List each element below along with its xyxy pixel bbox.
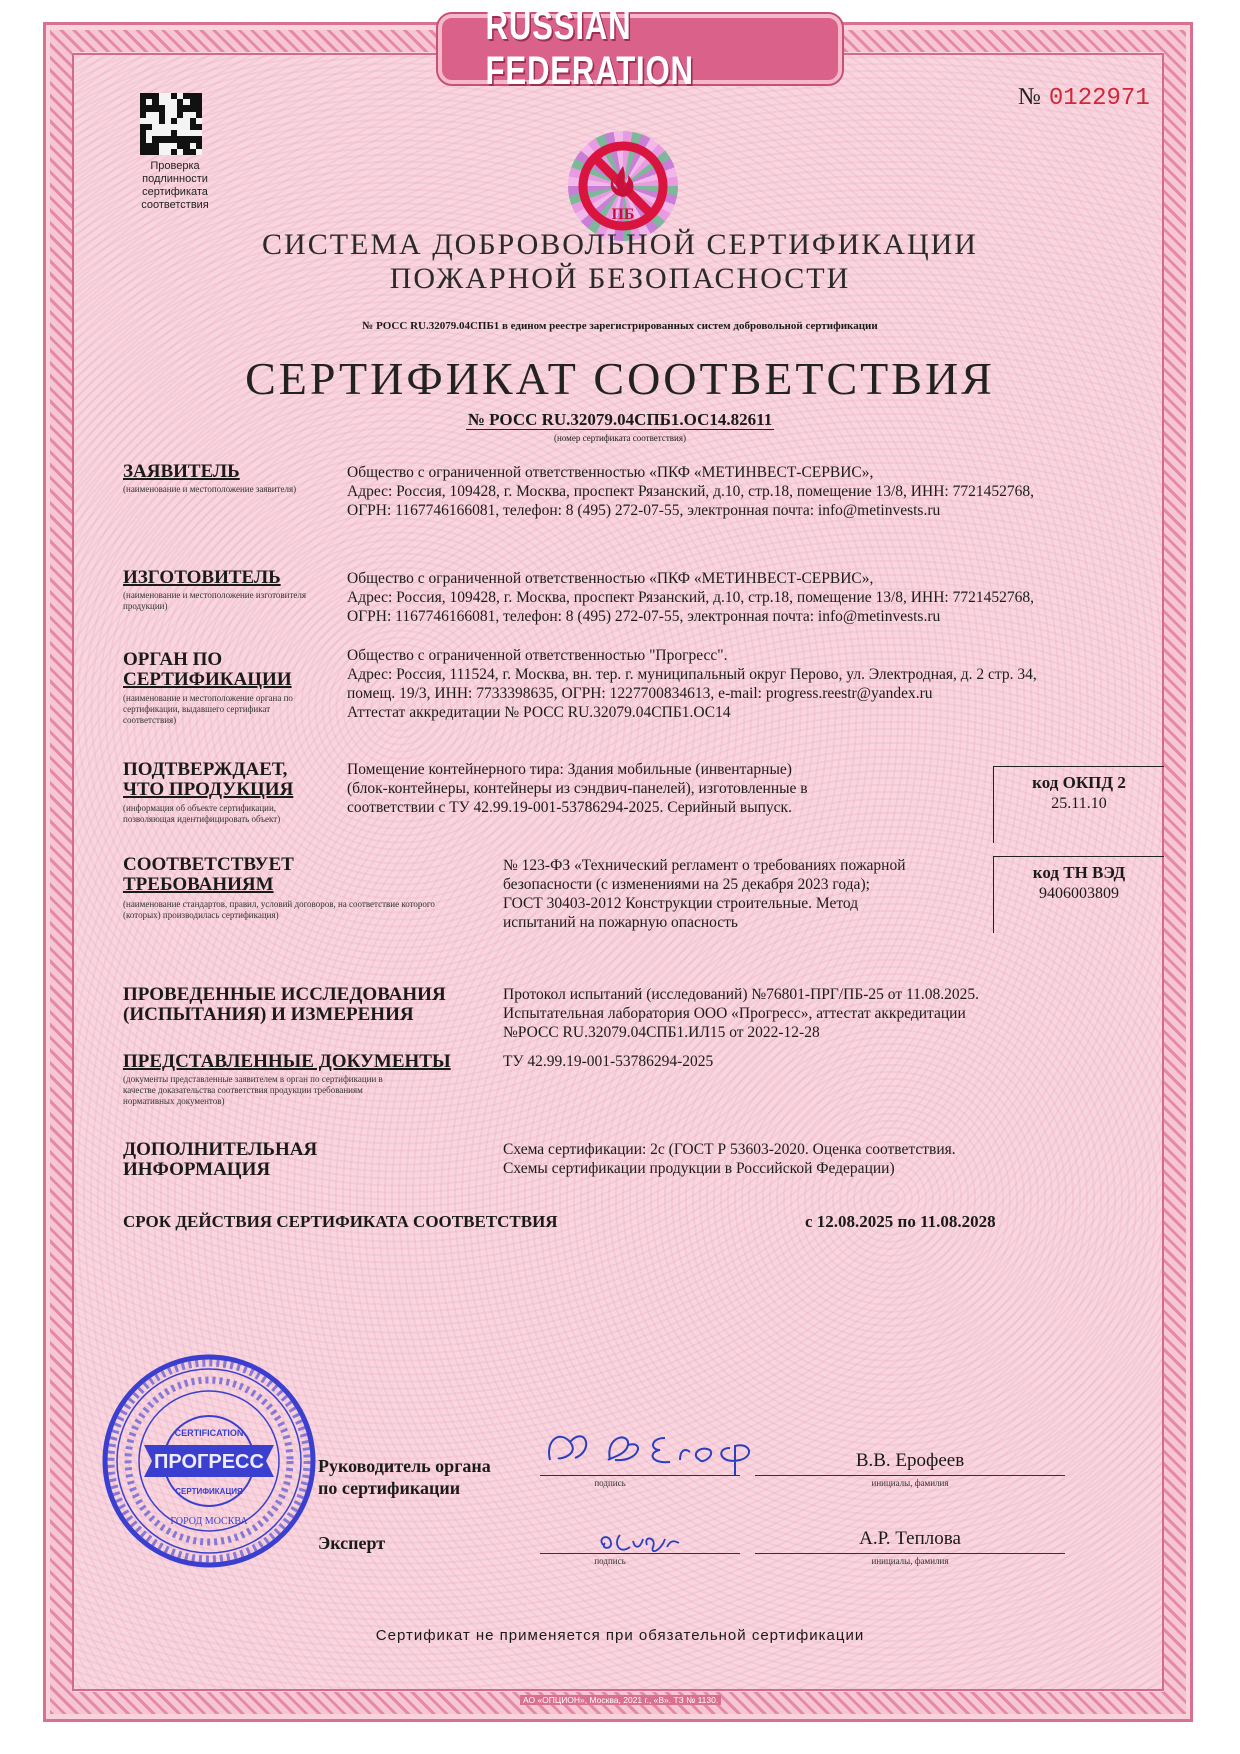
head-name-line — [755, 1475, 1065, 1476]
additional-info-label-line1: ДОПОЛНИТЕЛЬНАЯ — [123, 1140, 317, 1160]
requirements-line: № 123-ФЗ «Технический регламент о требов… — [503, 856, 906, 875]
manufacturer-label-text: ИЗГОТОВИТЕЛЬ — [123, 567, 281, 588]
head-signatory-label: Руководитель органа по сертификации — [318, 1455, 491, 1499]
additional-info-label: ДОПОЛНИТЕЛЬНАЯ ИНФОРМАЦИЯ — [123, 1140, 317, 1180]
organization-stamp-icon: ПРОГРЕСС CERTIFICATION СЕРТИФИКАЦИЯ ГОРО… — [100, 1352, 318, 1570]
expert-name: А.Р. Теплова — [755, 1528, 1065, 1550]
applicant-line: ОГРН: 1167746166081, телефон: 8 (495) 27… — [347, 501, 1034, 520]
qr-caption-line: подлинности — [120, 173, 230, 186]
qr-caption-line: сертификата — [120, 186, 230, 199]
head-signatory-name: В.В. Ерофеев — [755, 1450, 1065, 1472]
fire-safety-hologram-icon: ПБ — [568, 131, 678, 241]
manufacturer-line: ОГРН: 1167746166081, телефон: 8 (495) 27… — [347, 607, 1034, 626]
expert-signature-icon — [595, 1525, 695, 1560]
system-title-line2: ПОЖАРНОЙ БЕЗОПАСНОСТИ — [0, 262, 1240, 296]
requirements-label-line1: СООТВЕТСТВУЕТ — [123, 855, 294, 875]
documents-sublabel: (документы представленные заявителем в о… — [123, 1074, 413, 1107]
applicant-line: Общество с ограниченной ответственностью… — [347, 463, 1034, 482]
certification-body-line: Аттестат аккредитации № РОСС RU.32079.04… — [347, 703, 1037, 722]
validity-label: СРОК ДЕЙСТВИЯ СЕРТИФИКАТА СООТВЕТСТВИЯ — [123, 1212, 558, 1232]
svg-text:ГОРОД МОСКВА: ГОРОД МОСКВА — [170, 1516, 248, 1527]
certification-body-line: Адрес: Россия, 111524, г. Москва, вн. те… — [347, 665, 1037, 684]
documents-details: ТУ 42.99.19-001-53786294-2025 — [503, 1052, 713, 1071]
svg-text:СЕРТИФИКАЦИЯ: СЕРТИФИКАЦИЯ — [175, 1487, 243, 1496]
additional-info-line: Схемы сертификации продукции в Российско… — [503, 1159, 956, 1178]
expert-label: Эксперт — [318, 1532, 385, 1554]
svg-text:CERTIFICATION: CERTIFICATION — [175, 1428, 244, 1438]
svg-text:ПРОГРЕСС: ПРОГРЕСС — [154, 1451, 264, 1473]
tests-line: Протокол испытаний (исследований) №76801… — [503, 985, 979, 1004]
applicant-sublabel: (наименование и местоположение заявителя… — [123, 484, 323, 495]
applicant-line: Адрес: Россия, 109428, г. Москва, проспе… — [347, 482, 1034, 501]
documents-label: ПРЕДСТАВЛЕННЫЕ ДОКУМЕНТЫ — [123, 1052, 451, 1072]
tests-line: №РОСС RU.32079.04СПБ1.ИЛ15 от 2022-12-28 — [503, 1023, 979, 1042]
tests-label-line2: (ИСПЫТАНИЯ) И ИЗМЕРЕНИЯ — [123, 1005, 446, 1025]
qr-caption: Проверка подлинности сертификата соответ… — [120, 160, 230, 212]
serial-value: 0122971 — [1049, 85, 1150, 112]
form-serial-number: №0122971 — [1018, 84, 1150, 112]
applicant-label: ЗАЯВИТЕЛЬ — [123, 462, 240, 482]
system-title-line1: СИСТЕМА ДОБРОВОЛЬНОЙ СЕРТИФИКАЦИИ — [0, 228, 1240, 262]
manufacturer-line: Адрес: Россия, 109428, г. Москва, проспе… — [347, 588, 1034, 607]
requirements-label-line2: ТРЕБОВАНИЯМ — [123, 875, 294, 895]
certification-body-line: Общество с ограниченной ответственностью… — [347, 646, 1037, 665]
tnved-code-box: код ТН ВЭД 9406003809 — [993, 856, 1164, 933]
validity-period: с 12.08.2025 по 11.08.2028 — [805, 1212, 996, 1232]
additional-info-line: Схема сертификации: 2с (ГОСТ Р 53603-202… — [503, 1140, 956, 1159]
head-signature-line — [540, 1475, 740, 1476]
footer-note: Сертификат не применяется при обязательн… — [0, 1627, 1240, 1644]
additional-info-label-line2: ИНФОРМАЦИЯ — [123, 1160, 317, 1180]
tests-details: Протокол испытаний (исследований) №76801… — [503, 985, 979, 1042]
manufacturer-details: Общество с ограниченной ответственностью… — [347, 569, 1034, 626]
certification-body-sublabel: (наименование и местоположение органа по… — [123, 693, 323, 726]
tests-label: ПРОВЕДЕННЫЕ ИССЛЕДОВАНИЯ (ИСПЫТАНИЯ) И И… — [123, 985, 446, 1025]
certification-body-line: помещ. 19/3, ИНН: 7733398635, ОГРН: 1227… — [347, 684, 1037, 703]
expert-name-caption: инициалы, фамилия — [755, 1556, 1065, 1566]
requirements-line: безопасности (с изменениями на 25 декабр… — [503, 875, 906, 894]
head-signatory-label-line1: Руководитель органа — [318, 1455, 491, 1477]
printer-imprint: АО «ОПЦИОН», Москва, 2021 г., «В». ТЗ № … — [520, 1695, 721, 1705]
certification-body-details: Общество с ограниченной ответственностью… — [347, 646, 1037, 722]
requirements-line: ГОСТ 30403-2012 Конструкции строительные… — [503, 894, 906, 913]
requirements-sublabel: (наименование стандартов, правил, услови… — [123, 899, 443, 921]
additional-info-details: Схема сертификации: 2с (ГОСТ Р 53603-202… — [503, 1140, 956, 1178]
certification-body-label: ОРГАН ПО СЕРТИФИКАЦИИ — [123, 650, 292, 690]
tests-label-line1: ПРОВЕДЕННЫЕ ИССЛЕДОВАНИЯ — [123, 985, 446, 1005]
product-label-line2: ЧТО ПРОДУКЦИЯ — [123, 780, 293, 800]
requirements-line: испытаний на пожарную опасность — [503, 913, 906, 932]
expert-signature-line — [540, 1553, 740, 1554]
expert-name-line — [755, 1553, 1065, 1554]
tnved-code-value: 9406003809 — [994, 885, 1164, 903]
okpd2-code-label: код ОКПД 2 — [994, 773, 1164, 793]
tests-line: Испытательная лаборатория ООО «Прогресс»… — [503, 1004, 979, 1023]
okpd2-code-box: код ОКПД 2 25.11.10 — [993, 766, 1164, 843]
serial-prefix: № — [1018, 84, 1041, 110]
svg-text:ПБ: ПБ — [611, 206, 634, 223]
product-label: ПОДТВЕРЖДАЕТ, ЧТО ПРОДУКЦИЯ — [123, 760, 293, 800]
applicant-details: Общество с ограниченной ответственностью… — [347, 463, 1034, 520]
certificate-number: № РОСС RU.32079.04СПБ1.ОС14.82611 — [0, 410, 1240, 430]
country-banner: RUSSIAN FEDERATION — [438, 14, 842, 84]
okpd2-code-value: 25.11.10 — [994, 795, 1164, 813]
head-signature-caption: подпись — [540, 1478, 680, 1488]
certificate-number-text: № РОСС RU.32079.04СПБ1.ОС14.82611 — [466, 410, 774, 430]
manufacturer-sublabel: (наименование и местоположение изготовит… — [123, 590, 323, 612]
registry-note: № РОСС RU.32079.04СПБ1 в едином реестре … — [0, 320, 1240, 332]
certificate-title: СЕРТИФИКАТ СООТВЕТСТВИЯ — [0, 352, 1240, 405]
documents-label-text: ПРЕДСТАВЛЕННЫЕ ДОКУМЕНТЫ — [123, 1051, 451, 1072]
product-line: Помещение контейнерного тира: Здания моб… — [347, 760, 808, 779]
product-details: Помещение контейнерного тира: Здания моб… — [347, 760, 808, 817]
qr-code-icon[interactable] — [140, 93, 202, 155]
product-line: соответствии с ТУ 42.99.19-001-53786294-… — [347, 798, 808, 817]
product-line: (блок-контейнеры, контейнеры из сэндвич-… — [347, 779, 808, 798]
qr-caption-line: Проверка — [120, 160, 230, 173]
manufacturer-label: ИЗГОТОВИТЕЛЬ — [123, 568, 281, 588]
certification-body-label-line1: ОРГАН ПО — [123, 650, 292, 670]
applicant-label-text: ЗАЯВИТЕЛЬ — [123, 461, 240, 482]
requirements-details: № 123-ФЗ «Технический регламент о требов… — [503, 856, 906, 932]
certification-body-label-line2: СЕРТИФИКАЦИИ — [123, 670, 292, 690]
head-name-caption: инициалы, фамилия — [755, 1478, 1065, 1488]
documents-line: ТУ 42.99.19-001-53786294-2025 — [503, 1052, 713, 1071]
tnved-code-label: код ТН ВЭД — [994, 863, 1164, 883]
expert-signature-caption: подпись — [540, 1556, 680, 1566]
product-sublabel: (информация об объекте сертификации, поз… — [123, 803, 283, 825]
manufacturer-line: Общество с ограниченной ответственностью… — [347, 569, 1034, 588]
requirements-label: СООТВЕТСТВУЕТ ТРЕБОВАНИЯМ — [123, 855, 294, 895]
product-label-line1: ПОДТВЕРЖДАЕТ, — [123, 760, 293, 780]
head-signatory-label-line2: по сертификации — [318, 1477, 491, 1499]
qr-caption-line: соответствия — [120, 199, 230, 212]
certificate-number-caption: (номер сертификата соответствия) — [0, 433, 1240, 443]
banner-text: RUSSIAN FEDERATION — [486, 4, 795, 94]
